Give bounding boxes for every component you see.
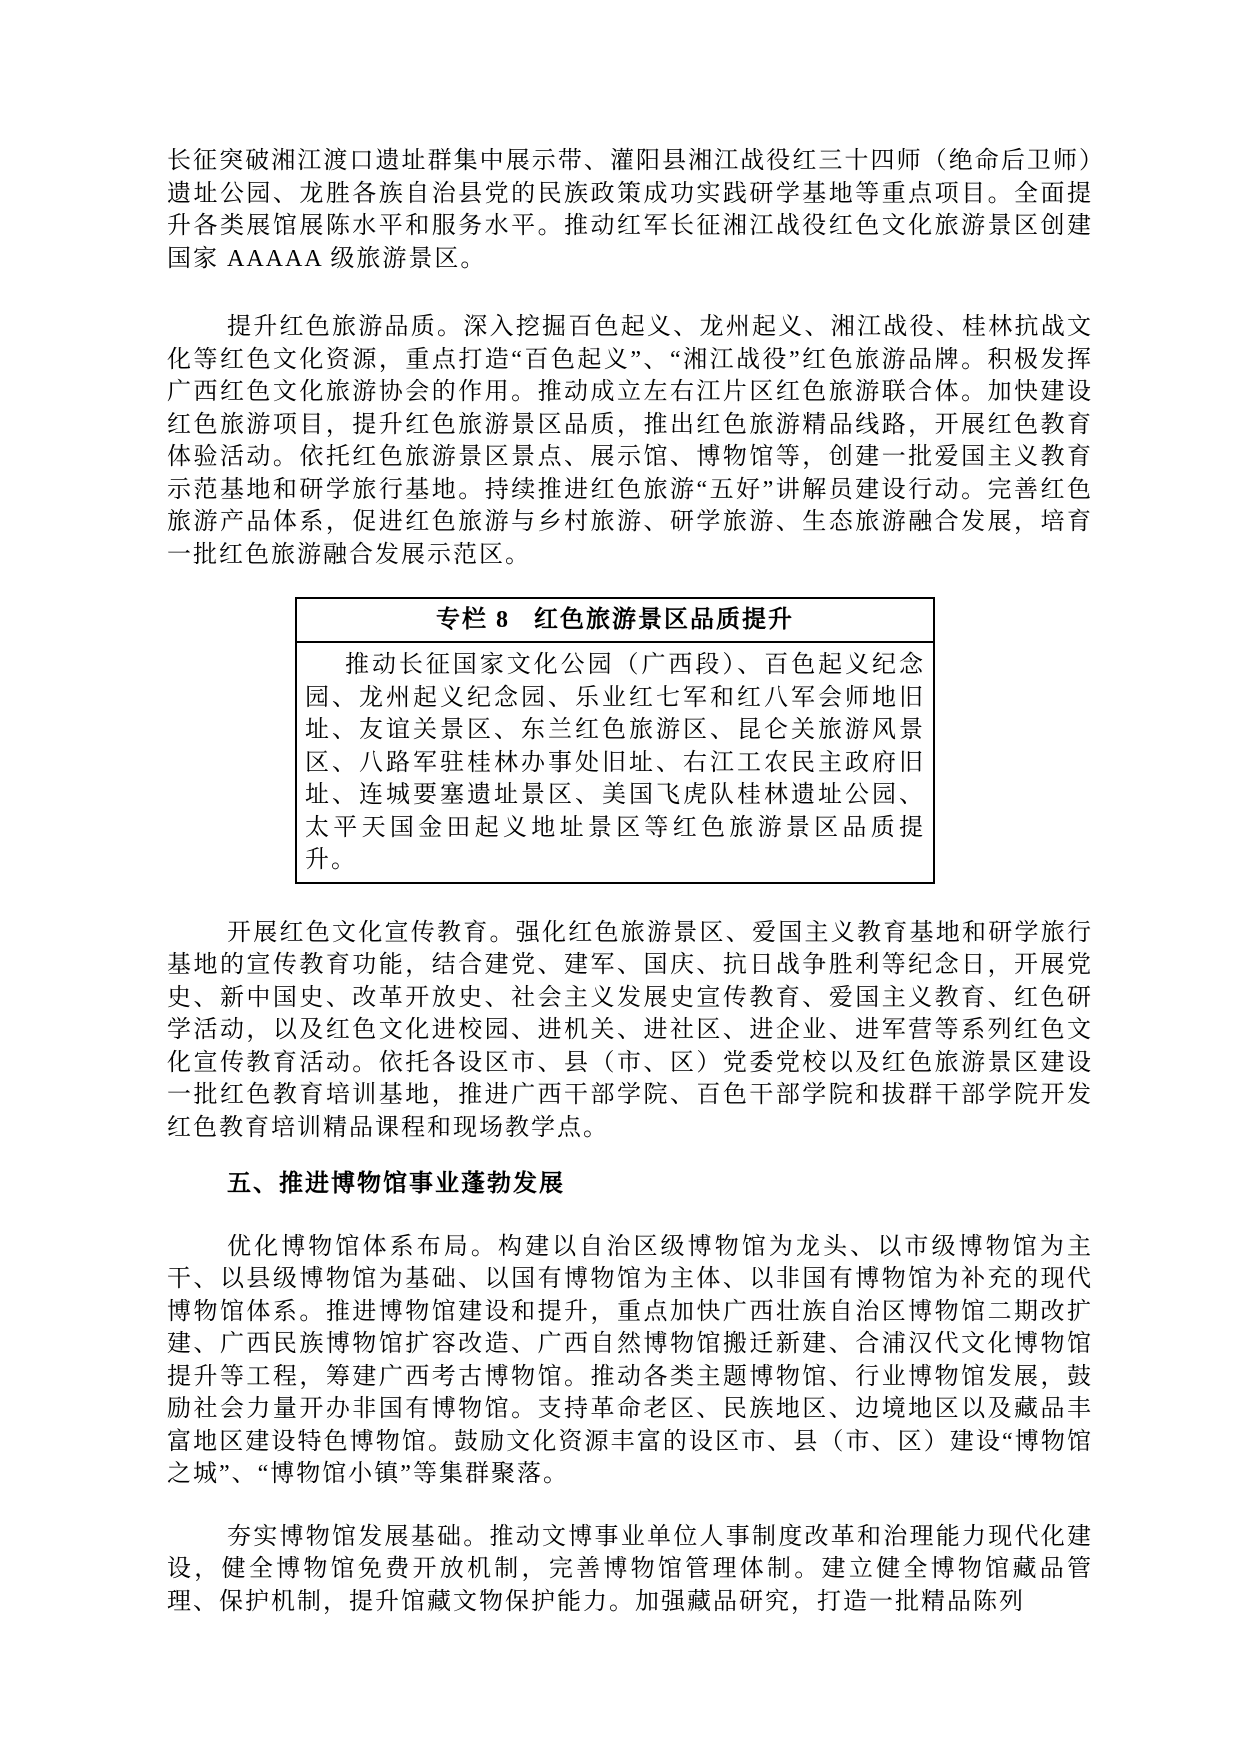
- feature-box-title: 红色旅游景区品质提升: [534, 607, 794, 633]
- feature-box-zhuanlan-8: 专栏 8红色旅游景区品质提升 推动长征国家文化公园（广西段）、百色起义纪念园、龙…: [295, 597, 935, 884]
- paragraph-red-culture-education: 开展红色文化宣传教育。强化红色旅游景区、爱国主义教育基地和研学旅行基地的宣传教育…: [167, 917, 1093, 1145]
- paragraph-museum-system-layout: 优化博物馆体系布局。构建以自治区级博物馆为龙头、以市级博物馆为主干、以县级博物馆…: [167, 1231, 1093, 1491]
- paragraph-red-tourism-quality: 提升红色旅游品质。深入挖掘百色起义、龙州起义、湘江战役、桂林抗战文化等红色文化资…: [167, 311, 1093, 571]
- text-block: 长征突破湘江渡口遗址群集中展示带、灌阳县湘江战役红三十四师（绝命后卫师）遗址公园…: [167, 145, 1093, 1618]
- feature-box-header: 专栏 8红色旅游景区品质提升: [297, 599, 933, 643]
- section-heading-museum-development: 五、推进博物馆事业蓬勃发展: [167, 1168, 1093, 1201]
- paragraph-changzheng-sites-continuation: 长征突破湘江渡口遗址群集中展示带、灌阳县湘江战役红三十四师（绝命后卫师）遗址公园…: [167, 145, 1093, 275]
- paragraph-museum-foundation: 夯实博物馆发展基础。推动文博事业单位人事制度改革和治理能力现代化建设，健全博物馆…: [167, 1521, 1093, 1619]
- document-page: 长征突破湘江渡口遗址群集中展示带、灌阳县湘江战役红三十四师（绝命后卫师）遗址公园…: [0, 0, 1241, 1755]
- feature-box-label: 专栏 8: [436, 607, 510, 633]
- feature-box-body: 推动长征国家文化公园（广西段）、百色起义纪念园、龙州起义纪念园、乐业红七军和红八…: [297, 643, 933, 882]
